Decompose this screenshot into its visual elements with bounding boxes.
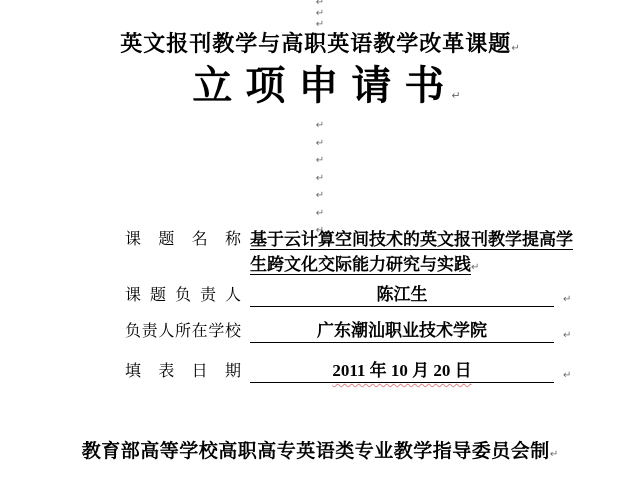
project-leader-text[interactable]: 陈江生 [377, 285, 428, 304]
empty-paragraph: ↵ [0, 135, 640, 153]
empty-paragraph: ↵ [0, 0, 640, 8]
topic-name-text[interactable]: 基于云计算空间技术的英文报刊教学提高学生跨文化交际能力研究与实践 [250, 230, 573, 274]
project-leader-value[interactable]: 陈江生 [250, 283, 554, 307]
topic-name-label: 课题名称 [125, 227, 241, 252]
return-mark-icon: ↵ [451, 89, 460, 102]
page-title-line: 立项申请书↵ [0, 62, 640, 120]
return-mark-icon: ↵ [511, 43, 519, 54]
document-page: ↵ ↵ ↵ 英文报刊教学与高职英语教学改革课题↵ 立项申请书↵ ↵ ↵ ↵ ↵ … [0, 0, 640, 478]
issuer-line: 教育部高等学校高职高专英语类专业教学指导委员会制↵ [0, 440, 640, 467]
return-mark-icon: ↵ [316, 173, 324, 184]
form-row-fill-date: 填表日期 2011 年 10 月 20 日 ↵ [125, 359, 571, 383]
empty-paragraph: ↵ [0, 117, 640, 135]
fill-date-value[interactable]: 2011 年 10 月 20 日 [250, 359, 554, 383]
return-mark-icon: ↵ [471, 262, 479, 273]
issuer-text: 教育部高等学校高职高专英语类专业教学指导委员会制 [82, 441, 550, 462]
project-leader-label: 课题负责人 [125, 284, 241, 307]
empty-paragraph: ↵ [0, 187, 640, 205]
document-subtitle-line: 英文报刊教学与高职英语教学改革课题↵ [0, 30, 640, 63]
empty-paragraph: ↵ [0, 170, 640, 188]
empty-paragraph: ↵ [0, 8, 640, 19]
middle-paragraph-marks: ↵ ↵ ↵ ↵ ↵ ↵ ↵ [0, 117, 640, 240]
fill-date-text[interactable]: 2011 年 10 月 20 日 [332, 361, 471, 380]
return-mark-icon: ↵ [550, 449, 558, 460]
return-mark-icon: ↵ [316, 208, 324, 219]
leader-school-value[interactable]: 广东潮汕职业技术学院 [250, 319, 554, 343]
empty-paragraph: ↵ [0, 19, 640, 30]
top-paragraph-marks: ↵ ↵ ↵ [0, 0, 640, 30]
fill-date-label: 填表日期 [125, 360, 241, 383]
form-row-leader-school: 负责人所在学校 广东潮汕职业技术学院 ↵ [125, 319, 571, 343]
return-mark-icon: ↵ [316, 0, 324, 8]
empty-paragraph: ↵ [0, 152, 640, 170]
leader-school-text[interactable]: 广东潮汕职业技术学院 [317, 321, 487, 340]
return-mark-icon: ↵ [563, 370, 571, 381]
return-mark-icon: ↵ [563, 294, 571, 305]
empty-paragraph: ↵ [0, 205, 640, 223]
form-row-topic-name: 课题名称 基于云计算空间技术的英文报刊教学提高学生跨文化交际能力研究与实践↵ [125, 227, 575, 280]
return-mark-icon: ↵ [563, 330, 571, 341]
topic-name-value[interactable]: 基于云计算空间技术的英文报刊教学提高学生跨文化交际能力研究与实践↵ [250, 227, 575, 280]
return-mark-icon: ↵ [316, 155, 324, 166]
page-title: 立项申请书 [179, 64, 457, 108]
return-mark-icon: ↵ [316, 120, 324, 131]
return-mark-icon: ↵ [316, 138, 324, 149]
document-subtitle: 英文报刊教学与高职英语教学改革课题 [120, 31, 511, 56]
return-mark-icon: ↵ [316, 8, 324, 19]
return-mark-icon: ↵ [316, 19, 324, 30]
return-mark-icon: ↵ [316, 190, 324, 201]
form-row-project-leader: 课题负责人 陈江生 ↵ [125, 283, 571, 307]
leader-school-label: 负责人所在学校 [125, 320, 241, 343]
